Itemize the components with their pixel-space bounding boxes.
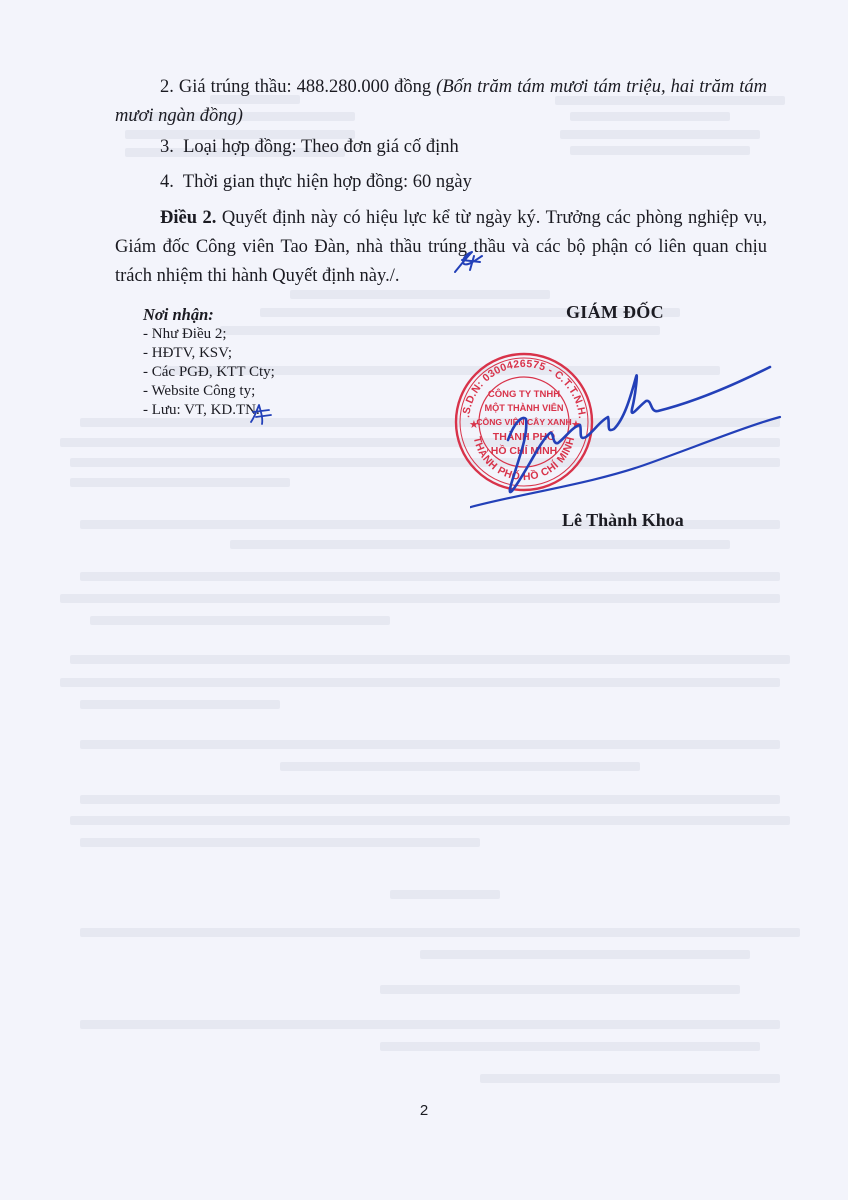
item-label: Giá trúng thầu: 488.280.000 đồng bbox=[179, 77, 436, 97]
initial-mark-icon bbox=[452, 246, 486, 276]
item-number: 4. bbox=[160, 172, 174, 192]
recipient-item: - Website Công ty; bbox=[143, 382, 275, 401]
article-heading: Điều 2. bbox=[160, 208, 216, 228]
signer-name: Lê Thành Khoa bbox=[562, 510, 684, 531]
item-contract-duration: 4. Thời gian thực hiện hợp đồng: 60 ngày bbox=[115, 168, 767, 197]
item-number: 2. bbox=[160, 77, 174, 97]
signer-title: GIÁM ĐỐC bbox=[566, 302, 664, 323]
recipients-title: Nơi nhận: bbox=[143, 305, 275, 324]
page-number: 2 bbox=[0, 1102, 848, 1119]
recipient-item: - Như Điều 2; bbox=[143, 325, 275, 344]
item-label: Thời gian thực hiện hợp đồng: 60 ngày bbox=[183, 172, 472, 192]
item-contract-type: 3. Loại hợp đồng: Theo đơn giá cố định bbox=[115, 133, 767, 162]
item-contract-price: 2. Giá trúng thầu: 488.280.000 đồng (Bốn… bbox=[115, 73, 767, 131]
document-page: 2. Giá trúng thầu: 488.280.000 đồng (Bốn… bbox=[0, 0, 848, 1200]
article-2-paragraph: Điều 2. Quyết định này có hiệu lực kể từ… bbox=[115, 204, 767, 291]
initial-mark-icon bbox=[247, 402, 275, 426]
recipient-item: - Các PGĐ, KTT Cty; bbox=[143, 363, 275, 382]
item-label: Loại hợp đồng: Theo đơn giá cố định bbox=[183, 137, 459, 157]
item-number: 3. bbox=[160, 137, 174, 157]
recipient-item: - HĐTV, KSV; bbox=[143, 344, 275, 363]
